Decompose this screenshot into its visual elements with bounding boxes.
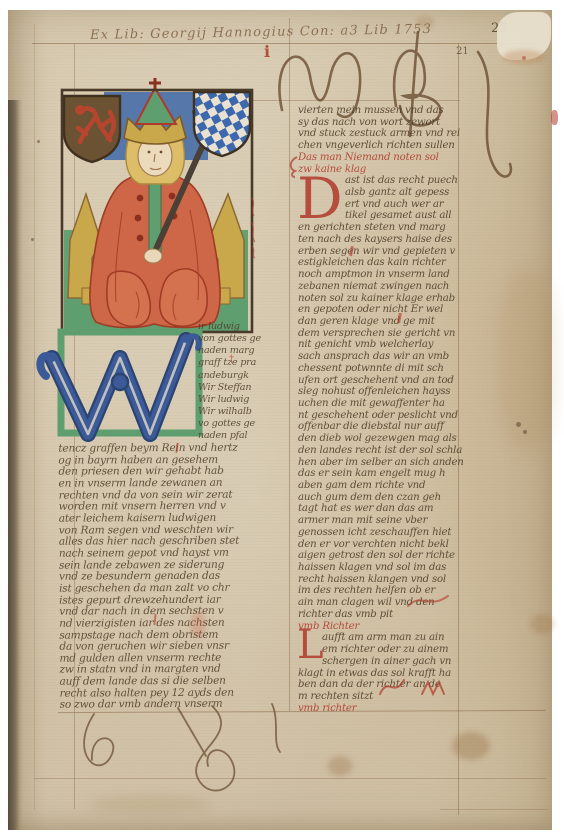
- text-line: noten sol zu kainer klage erhab: [298, 293, 464, 305]
- text-line: nit genicht vmb welcherlay: [298, 339, 464, 351]
- text-line: vierten mein mussen vnd das: [298, 105, 464, 117]
- bavarian-lozenges-shield: [194, 92, 250, 156]
- text-line: graff tze pra: [198, 357, 294, 369]
- red-drop-cap-l: L: [297, 626, 324, 664]
- binding-edge: [8, 100, 23, 830]
- bottom-margin-flourishes: [60, 702, 310, 817]
- text-line: nt geschehent oder peslicht vnd: [298, 410, 464, 422]
- text-line: chessent potwnnte di mit sch: [298, 363, 464, 375]
- text-line: ufen ort geschehent vnd an tod: [298, 375, 464, 387]
- hands: [144, 249, 162, 263]
- text-line: den er vor verchten nicht bekl: [298, 539, 464, 551]
- red-margin-scribbles: [246, 196, 262, 260]
- red-flourish: [376, 672, 456, 702]
- text-line: sleg nohust offenleichen hayss: [298, 386, 464, 398]
- text-line: genossen icht zeschauffen hiet: [298, 527, 464, 539]
- text-line: Das man Niemand noten sol: [298, 152, 464, 164]
- red-speck: [522, 56, 526, 60]
- text-line: chen vngeverlich richten sullen: [298, 140, 464, 152]
- ruling-line: [440, 809, 548, 810]
- text-line: hen aber im selber an sich anden: [298, 457, 464, 469]
- text-line: erben segen wir vnd gepieten v: [298, 246, 464, 258]
- text-line: armer man mit seine vber: [298, 515, 464, 527]
- text-line: ir ludwig: [198, 321, 294, 333]
- red-flourish: [404, 590, 452, 612]
- text-line: andeburgk: [198, 370, 294, 382]
- text-line: noch amptmon in vnserm land: [298, 269, 464, 281]
- text-line: sy das nach von wort zewort: [298, 117, 464, 129]
- text-line: den landes recht ist der sol schla: [298, 445, 464, 457]
- text-line: Wir ludwig: [198, 394, 294, 406]
- palatinate-lion-shield: [64, 96, 120, 162]
- red-edge-mark: [551, 110, 558, 125]
- text-line: estigkleichen das kain richter: [298, 257, 464, 269]
- text-line: haissen klagen vnd sol im das: [298, 562, 464, 574]
- text-line: tagt hat es wer dan das am: [298, 503, 464, 515]
- text-line: auch gum dem den czan geh: [298, 492, 464, 504]
- text-line: Wir wilhalb: [198, 406, 294, 418]
- text-line: ten nach des kaysers haise des: [298, 234, 464, 246]
- ink-speck: [31, 238, 34, 241]
- text-line: uchen die mit gewaffenter ha: [298, 398, 464, 410]
- text-line: den dieb wol gezewgen mag als: [298, 433, 464, 445]
- ink-speck: [516, 422, 521, 427]
- red-drop-cap-d: D: [297, 173, 343, 225]
- text-line: sach ansprach das wir an vmb: [298, 351, 464, 363]
- text-line: naden pfal: [198, 430, 294, 442]
- text-line: aben gam dem richte vnd: [298, 480, 464, 492]
- text-line: von gottes ge: [198, 333, 294, 345]
- left-column-beside-initial: ir ludwigvon gottes genaden marggraff tz…: [198, 321, 294, 443]
- text-line: vo gottes ge: [198, 418, 294, 430]
- left-column-text: tencz graffen beym Rein vnd hertzog in b…: [58, 442, 293, 711]
- text-line: dan geren klage vnd ge mit: [298, 316, 464, 328]
- text-line: zebanen niemat zwingen nach: [298, 281, 464, 293]
- text-line: recht haissen klangen vnd sol: [298, 574, 464, 586]
- text-line: Wir Steffan: [198, 382, 294, 394]
- red-cross-mark: †: [229, 354, 234, 365]
- miniature-king-portrait: [56, 82, 256, 334]
- ink-speck: [37, 140, 40, 143]
- ink-speck: [523, 430, 527, 434]
- text-line: vnd stuck zestuck armen vnd rei: [298, 128, 464, 140]
- text-line: offenbar die diebstal nur auff: [298, 421, 464, 433]
- red-paraph: [287, 155, 301, 179]
- initial-w-illuminated: [36, 324, 208, 450]
- ruling-line: [34, 24, 35, 810]
- manuscript-page-scan: Ex Lib: Georgij Hannogius Con: a3 Lib 17…: [0, 0, 564, 836]
- text-line: aigen getrost den sol der richte: [298, 550, 464, 562]
- text-line: vmb richter: [298, 703, 464, 715]
- text-line: en gepoten oder nicht Er wel: [298, 304, 464, 316]
- text-line: das er sein kam engelt mug h: [298, 468, 464, 480]
- text-line: dem versprechen sie gericht vn: [298, 328, 464, 340]
- text-line: naden marg: [198, 345, 294, 357]
